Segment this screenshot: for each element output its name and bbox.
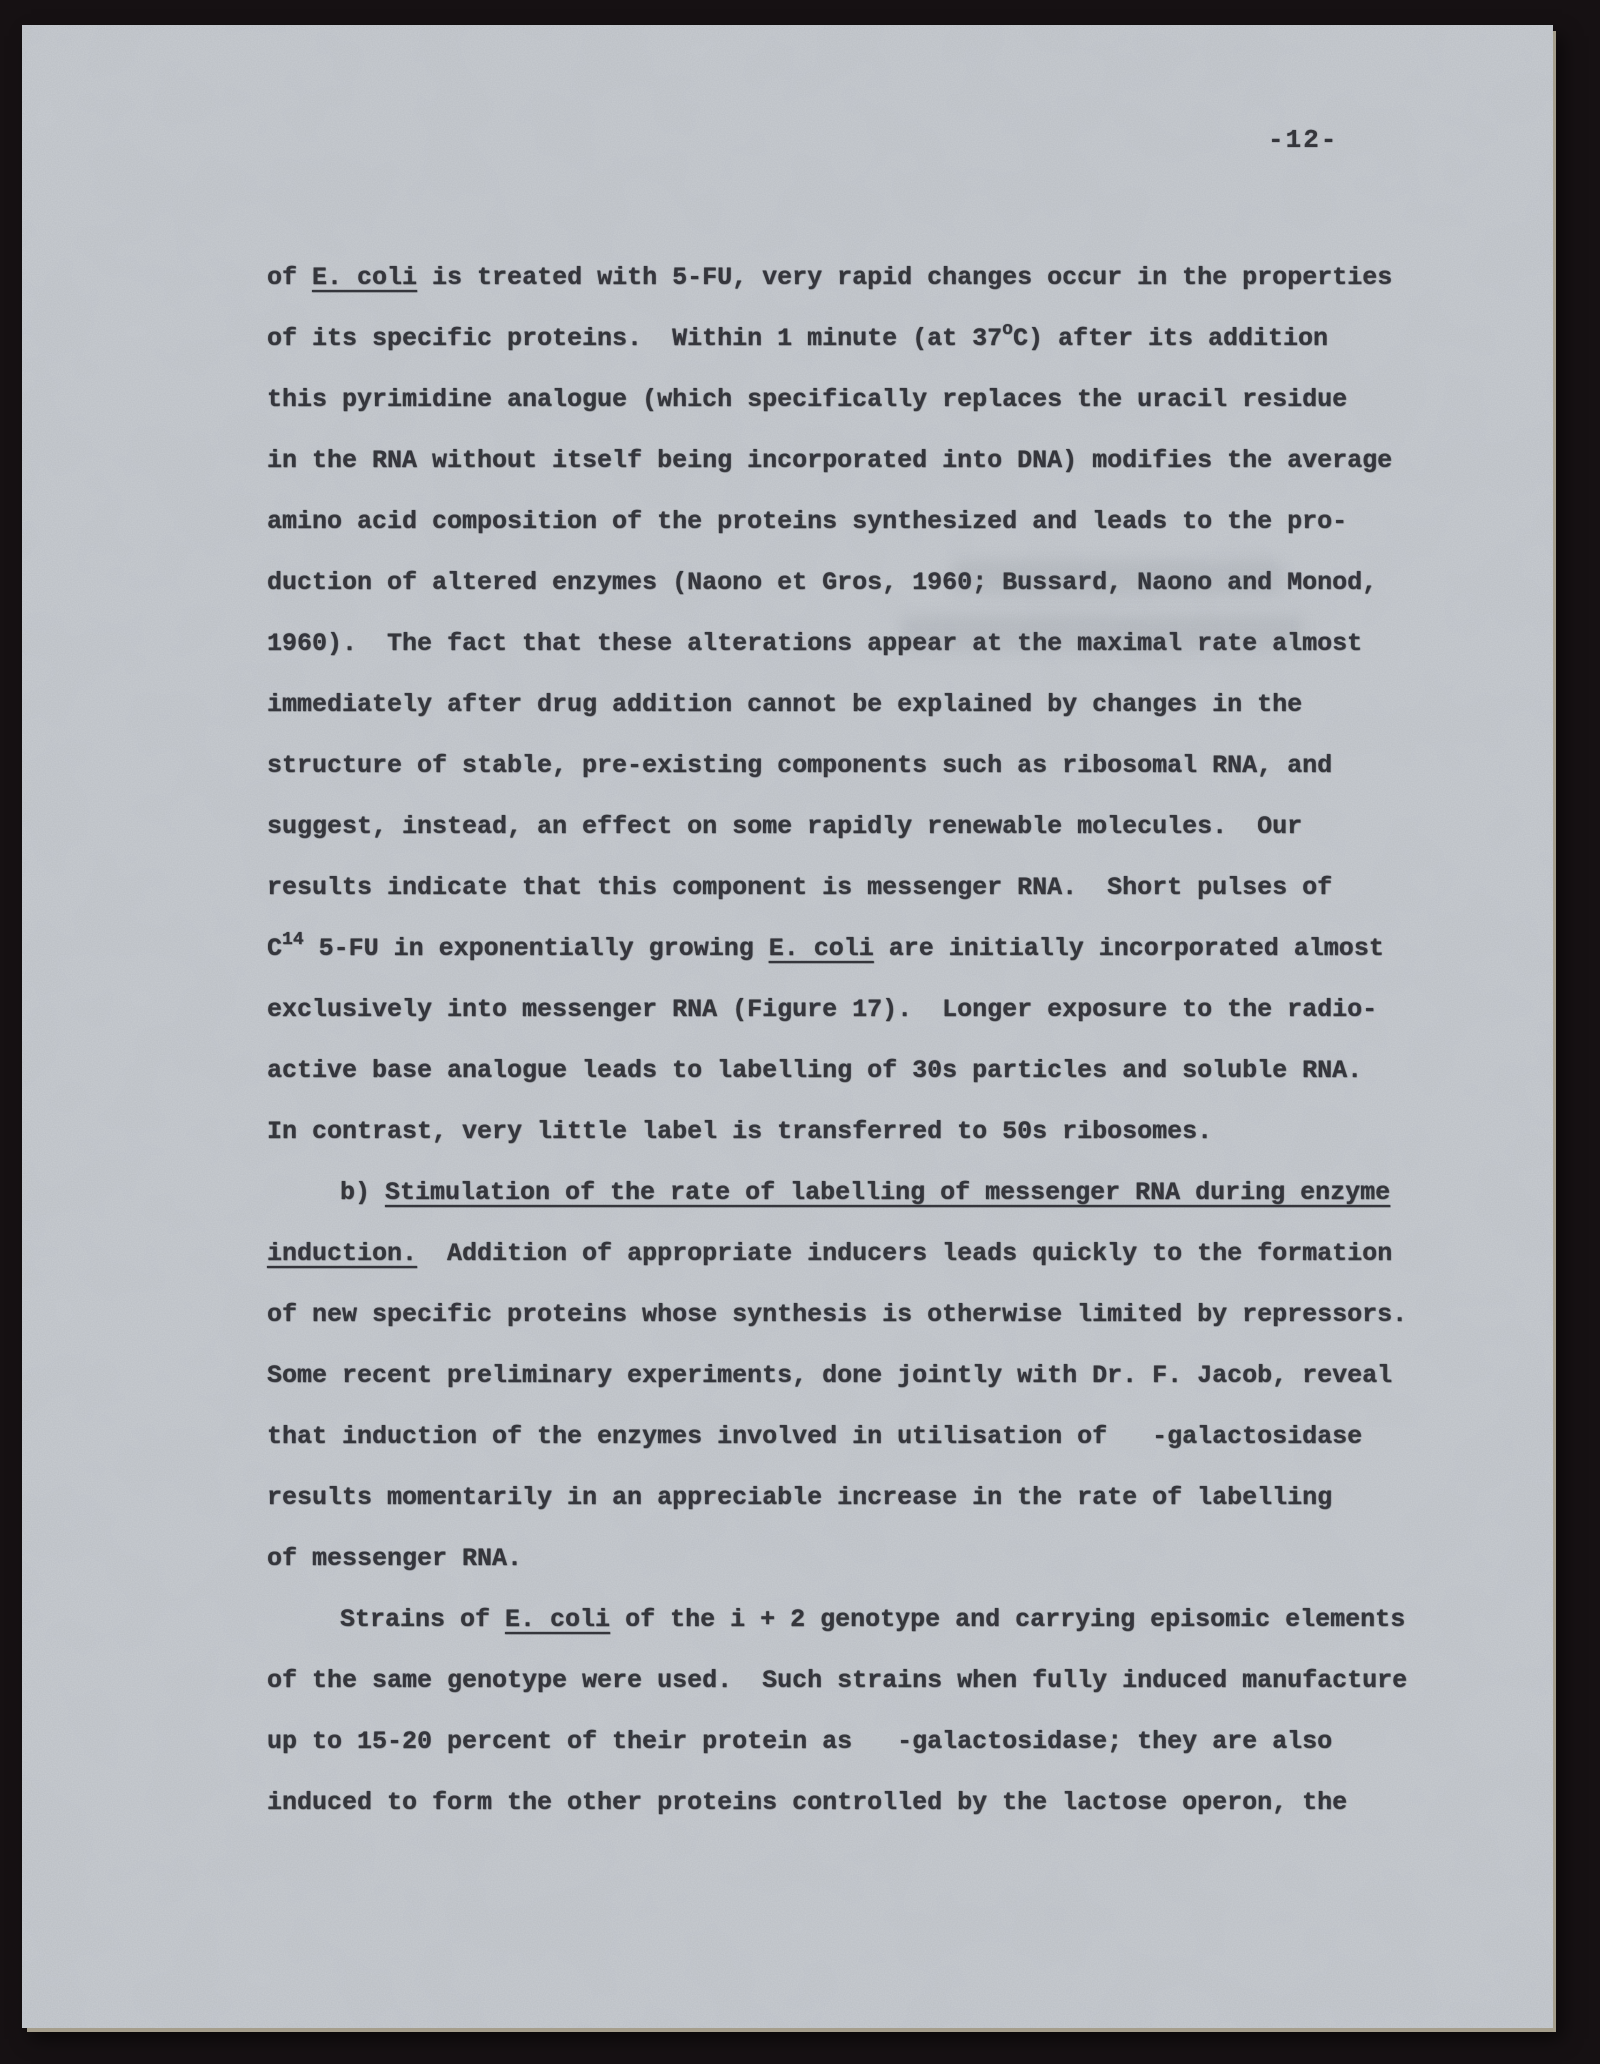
text-segment: that induction of the enzymes involved i…: [267, 1422, 1362, 1451]
text-segment: E. coli: [769, 934, 874, 963]
text-line: induced to form the other proteins contr…: [267, 1772, 1447, 1833]
text-line: Some recent preliminary experiments, don…: [267, 1345, 1447, 1406]
text-segment: 1960). The fact that these alterations a…: [267, 629, 1362, 658]
text-line: results indicate that this component is …: [267, 857, 1447, 918]
text-line: C14 5-FU in exponentially growing E. col…: [267, 918, 1447, 979]
text-line: up to 15-20 percent of their protein as …: [267, 1711, 1447, 1772]
document-text: of E. coli is treated with 5-FU, very ra…: [267, 247, 1447, 1833]
text-segment: E. coli: [312, 263, 417, 292]
text-segment: results momentarily in an appreciable in…: [267, 1483, 1332, 1512]
text-line: exclusively into messenger RNA (Figure 1…: [267, 979, 1447, 1040]
text-line: that induction of the enzymes involved i…: [267, 1406, 1447, 1467]
text-segment: of messenger RNA.: [267, 1544, 522, 1573]
text-line: duction of altered enzymes (Naono et Gro…: [267, 552, 1447, 613]
text-segment: Stimulation of the rate of labelling of …: [385, 1178, 1390, 1207]
text-segment: suggest, instead, an effect on some rapi…: [267, 812, 1302, 841]
text-line: of E. coli is treated with 5-FU, very ra…: [267, 247, 1447, 308]
text-segment: up to 15-20 percent of their protein as …: [267, 1727, 1332, 1756]
text-segment: In contrast, very little label is transf…: [267, 1117, 1212, 1146]
text-segment: of the same genotype were used. Such str…: [267, 1666, 1407, 1695]
text-line: of messenger RNA.: [267, 1528, 1447, 1589]
text-line: results momentarily in an appreciable in…: [267, 1467, 1447, 1528]
text-line: of new specific proteins whose synthesis…: [267, 1284, 1447, 1345]
text-segment: b): [340, 1178, 385, 1207]
text-segment: of the i + 2 genotype and carrying episo…: [610, 1605, 1405, 1634]
text-segment: Strains of: [340, 1605, 505, 1634]
text-segment: structure of stable, pre-existing compon…: [267, 751, 1332, 780]
document-page: -12- of E. coli is treated with 5-FU, ve…: [22, 25, 1553, 2028]
text-line: structure of stable, pre-existing compon…: [267, 735, 1447, 796]
text-segment: induced to form the other proteins contr…: [267, 1788, 1347, 1817]
text-segment: results indicate that this component is …: [267, 873, 1332, 902]
text-segment: exclusively into messenger RNA (Figure 1…: [267, 995, 1377, 1024]
text-segment: 5-FU in exponentially growing: [304, 934, 769, 963]
text-segment: Addition of appropriate inducers leads q…: [417, 1239, 1392, 1268]
text-segment: in the RNA without itself being incorpor…: [267, 446, 1392, 475]
page-number: -12-: [1268, 125, 1338, 155]
text-segment: this pyrimidine analogue (which specific…: [267, 385, 1347, 414]
text-segment: induction.: [267, 1239, 417, 1268]
text-segment: immediately after drug addition cannot b…: [267, 690, 1302, 719]
text-segment: C) after its addition: [1013, 324, 1328, 353]
text-line: of its specific proteins. Within 1 minut…: [267, 308, 1447, 369]
text-line: of the same genotype were used. Such str…: [267, 1650, 1447, 1711]
text-line: active base analogue leads to labelling …: [267, 1040, 1447, 1101]
text-segment: of new specific proteins whose synthesis…: [267, 1300, 1407, 1329]
text-segment: of its specific proteins. Within 1 minut…: [267, 324, 1002, 353]
text-segment: Some recent preliminary experiments, don…: [267, 1361, 1392, 1390]
text-line: immediately after drug addition cannot b…: [267, 674, 1447, 735]
text-segment: amino acid composition of the proteins s…: [267, 507, 1347, 536]
text-segment: of: [267, 263, 312, 292]
text-line: induction. Addition of appropriate induc…: [267, 1223, 1447, 1284]
text-segment: C: [267, 934, 282, 963]
text-segment: active base analogue leads to labelling …: [267, 1056, 1362, 1085]
text-line: amino acid composition of the proteins s…: [267, 491, 1447, 552]
text-line: suggest, instead, an effect on some rapi…: [267, 796, 1447, 857]
text-segment: is treated with 5-FU, very rapid changes…: [417, 263, 1392, 292]
text-line: in the RNA without itself being incorpor…: [267, 430, 1447, 491]
text-segment: duction of altered enzymes (Naono et Gro…: [267, 568, 1377, 597]
text-segment: are initially incorporated almost: [874, 934, 1384, 963]
text-line: 1960). The fact that these alterations a…: [267, 613, 1447, 674]
text-line: this pyrimidine analogue (which specific…: [267, 369, 1447, 430]
text-segment: E. coli: [505, 1605, 610, 1634]
text-line: Strains of E. coli of the i + 2 genotype…: [267, 1589, 1447, 1650]
text-line: In contrast, very little label is transf…: [267, 1101, 1447, 1162]
text-line: b) Stimulation of the rate of labelling …: [267, 1162, 1447, 1223]
